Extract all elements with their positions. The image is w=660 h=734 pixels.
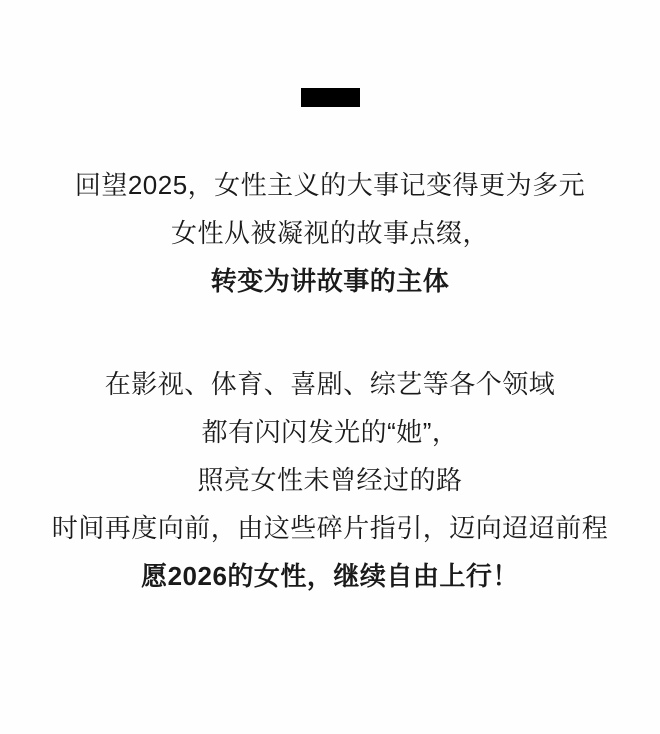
section-divider-bar (301, 88, 360, 107)
text-line: 在影视、体育、喜剧、综艺等各个领域 (0, 360, 660, 408)
text-line: 照亮女性未曾经过的路 (0, 456, 660, 504)
text-line-emphasis: 愿2026的女性，继续自由上行！ (0, 552, 660, 600)
text-line: 回望2025，女性主义的大事记变得更为多元 (0, 161, 660, 209)
paragraph-block-2: 在影视、体育、喜剧、综艺等各个领域 都有闪闪发光的“她”， 照亮女性未曾经过的路… (0, 360, 660, 600)
article-page: 回望2025，女性主义的大事记变得更为多元 女性从被凝视的故事点缀， 转变为讲故… (0, 0, 660, 734)
text-line: 时间再度向前，由这些碎片指引，迈向迢迢前程 (0, 504, 660, 552)
paragraph-block-1: 回望2025，女性主义的大事记变得更为多元 女性从被凝视的故事点缀， 转变为讲故… (0, 161, 660, 305)
text-line: 女性从被凝视的故事点缀， (0, 209, 660, 257)
text-line: 都有闪闪发光的“她”， (0, 408, 660, 456)
text-line-emphasis: 转变为讲故事的主体 (0, 257, 660, 305)
